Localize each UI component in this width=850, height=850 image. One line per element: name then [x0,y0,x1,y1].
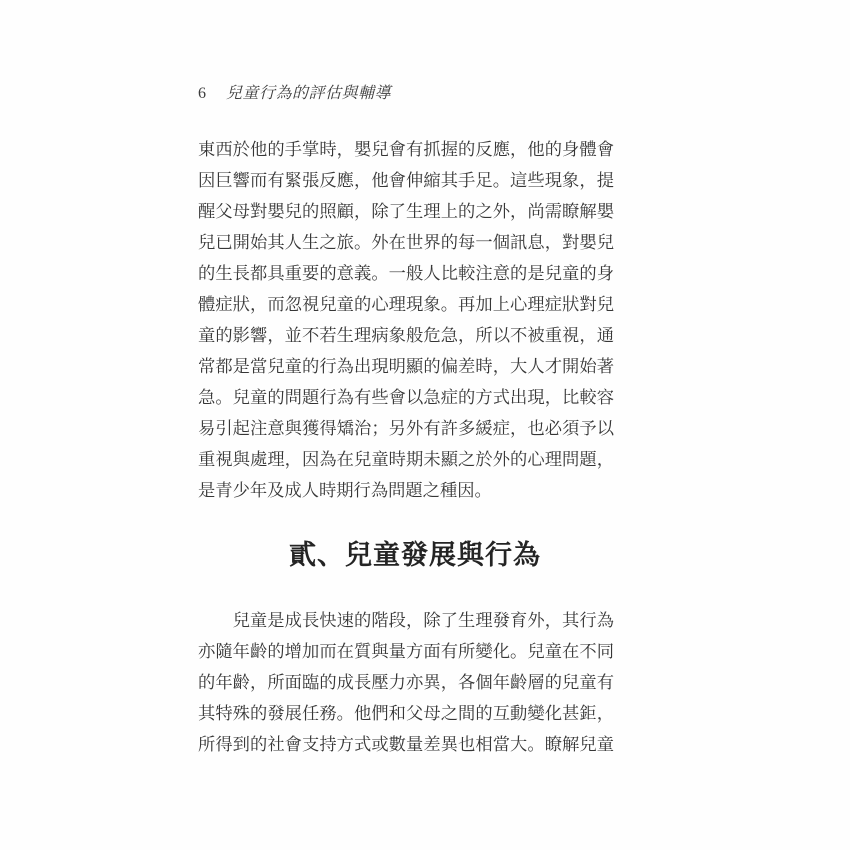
text-line: 是青少年及成人時期行為問題之種因。 [198,475,614,506]
text-line: 常都是當兒童的行為出現明顯的偏差時，大人才開始著 [198,351,614,382]
book-page: 6兒童行為的評估與輔導 東西於他的手掌時，嬰兒會有抓握的反應，他的身體會 因巨響… [0,0,850,850]
text-line: 童的影響，並不若生理病象般危急，所以不被重視，通 [198,320,614,351]
text-line: 的生長都具重要的意義。一般人比較注意的是兒童的身 [198,258,614,289]
text-line: 體症狀，而忽視兒童的心理現象。再加上心理症狀對兒 [198,289,614,320]
text-line: 易引起注意與獲得矯治；另外有許多緩症，也必須予以 [198,413,614,444]
text-line: 亦隨年齡的增加而在質與量方面有所變化。兒童在不同 [198,636,614,667]
page-number: 6 [198,85,206,102]
text-line: 所得到的社會支持方式或數量差異也相當大。瞭解兒童 [198,729,614,760]
running-title: 兒童行為的評估與輔導 [226,85,391,102]
text-line: 兒童是成長快速的階段，除了生理發育外，其行為 [198,605,614,636]
text-line: 兒已開始其人生之旅。外在世界的每一個訊息，對嬰兒 [198,227,614,258]
body-paragraph-1: 東西於他的手掌時，嬰兒會有抓握的反應，他的身體會 因巨響而有緊張反應，他會伸縮其… [198,134,614,506]
text-line: 重視與處理，因為在兒童時期未顯之於外的心理問題， [198,444,614,475]
text-line: 急。兒童的問題行為有些會以急症的方式出現，比較容 [198,382,614,413]
text-line: 東西於他的手掌時，嬰兒會有抓握的反應，他的身體會 [198,134,614,165]
page-header: 6兒童行為的評估與輔導 [198,84,614,104]
text-line: 其特殊的發展任務。他們和父母之間的互動變化甚鉅， [198,698,614,729]
section-heading: 貳、兒童發展與行為 [198,540,614,570]
text-line: 的年齡，所面臨的成長壓力亦異，各個年齡層的兒童有 [198,667,614,698]
text-line: 醒父母對嬰兒的照顧，除了生理上的之外，尚需瞭解嬰 [198,196,614,227]
body-paragraph-2: 兒童是成長快速的階段，除了生理發育外，其行為 亦隨年齡的增加而在質與量方面有所變… [198,605,614,760]
text-line: 因巨響而有緊張反應，他會伸縮其手足。這些現象，提 [198,165,614,196]
